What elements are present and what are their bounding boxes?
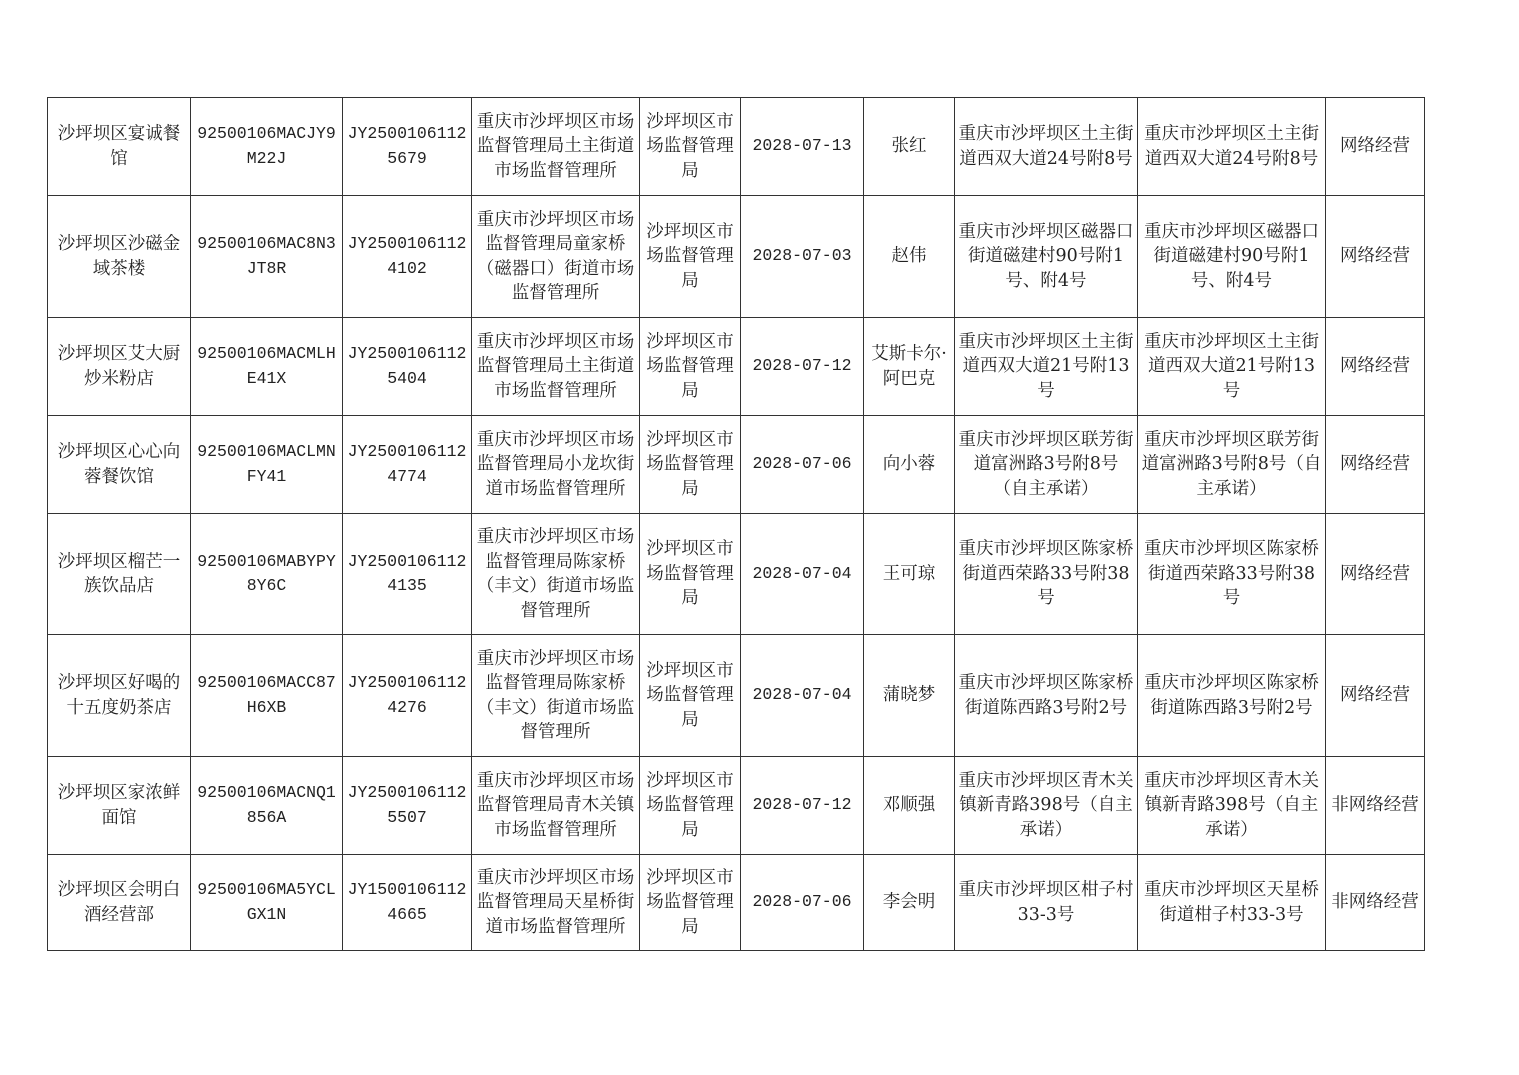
license-number-cell: JY25001061125404 xyxy=(343,318,472,416)
food-license-table: 沙坪坝区宴诚餐馆 92500106MACJY9M22J JY2500106112… xyxy=(47,97,1425,951)
business-name-cell: 沙坪坝区榴芒一族饮品店 xyxy=(48,514,191,635)
operation-mode-cell: 非网络经营 xyxy=(1326,757,1425,855)
daily-supervisor-cell: 重庆市沙坪坝区市场监督管理局陈家桥（丰文）街道市场监督管理所 xyxy=(472,514,640,635)
expiry-date-cell: 2028-07-12 xyxy=(741,757,864,855)
business-name-cell: 沙坪坝区会明白酒经营部 xyxy=(48,855,191,951)
daily-supervisor-cell: 重庆市沙坪坝区市场监督管理局青木关镇市场监督管理所 xyxy=(472,757,640,855)
credit-code-cell: 92500106MACJY9M22J xyxy=(191,98,343,196)
business-address-cell: 重庆市沙坪坝区磁器口街道磁建村90号附1号、附4号 xyxy=(1138,196,1326,318)
expiry-date-cell: 2028-07-13 xyxy=(741,98,864,196)
expiry-date-cell: 2028-07-03 xyxy=(741,196,864,318)
license-number-cell: JY25001061124102 xyxy=(343,196,472,318)
table-row: 沙坪坝区宴诚餐馆 92500106MACJY9M22J JY2500106112… xyxy=(48,98,1425,196)
business-address-cell: 重庆市沙坪坝区陈家桥街道陈西路3号附2号 xyxy=(1138,635,1326,757)
issuing-authority-cell: 沙坪坝区市场监督管理局 xyxy=(640,318,741,416)
issuing-authority-cell: 沙坪坝区市场监督管理局 xyxy=(640,98,741,196)
residence-cell: 重庆市沙坪坝区柑子村33-3号 xyxy=(955,855,1138,951)
residence-cell: 重庆市沙坪坝区陈家桥街道西荣路33号附38号 xyxy=(955,514,1138,635)
business-address-cell: 重庆市沙坪坝区青木关镇新青路398号（自主承诺） xyxy=(1138,757,1326,855)
operation-mode-cell: 网络经营 xyxy=(1326,635,1425,757)
residence-cell: 重庆市沙坪坝区磁器口街道磁建村90号附1号、附4号 xyxy=(955,196,1138,318)
residence-cell: 重庆市沙坪坝区土主街道西双大道24号附8号 xyxy=(955,98,1138,196)
expiry-date-cell: 2028-07-04 xyxy=(741,514,864,635)
table-row: 沙坪坝区榴芒一族饮品店 92500106MABYPY8Y6C JY2500106… xyxy=(48,514,1425,635)
operation-mode-cell: 网络经营 xyxy=(1326,98,1425,196)
business-name-cell: 沙坪坝区宴诚餐馆 xyxy=(48,98,191,196)
business-name-cell: 沙坪坝区艾大厨炒米粉店 xyxy=(48,318,191,416)
credit-code-cell: 92500106MACMLHE41X xyxy=(191,318,343,416)
business-name-cell: 沙坪坝区心心向蓉餐饮馆 xyxy=(48,416,191,514)
operation-mode-cell: 网络经营 xyxy=(1326,514,1425,635)
expiry-date-cell: 2028-07-06 xyxy=(741,855,864,951)
table-row: 沙坪坝区沙磁金域茶楼 92500106MAC8N3JT8R JY25001061… xyxy=(48,196,1425,318)
daily-supervisor-cell: 重庆市沙坪坝区市场监督管理局天星桥街道市场监督管理所 xyxy=(472,855,640,951)
credit-code-cell: 92500106MAC8N3JT8R xyxy=(191,196,343,318)
residence-cell: 重庆市沙坪坝区土主街道西双大道21号附13号 xyxy=(955,318,1138,416)
business-name-cell: 沙坪坝区家浓鲜面馆 xyxy=(48,757,191,855)
issuing-authority-cell: 沙坪坝区市场监督管理局 xyxy=(640,196,741,318)
expiry-date-cell: 2028-07-04 xyxy=(741,635,864,757)
issuing-authority-cell: 沙坪坝区市场监督管理局 xyxy=(640,635,741,757)
business-address-cell: 重庆市沙坪坝区陈家桥街道西荣路33号附38号 xyxy=(1138,514,1326,635)
license-number-cell: JY15001061124665 xyxy=(343,855,472,951)
business-name-cell: 沙坪坝区沙磁金域茶楼 xyxy=(48,196,191,318)
business-address-cell: 重庆市沙坪坝区联芳街道富洲路3号附8号（自主承诺） xyxy=(1138,416,1326,514)
daily-supervisor-cell: 重庆市沙坪坝区市场监督管理局陈家桥（丰文）街道市场监督管理所 xyxy=(472,635,640,757)
table-row: 沙坪坝区心心向蓉餐饮馆 92500106MACLMNFY41 JY2500106… xyxy=(48,416,1425,514)
license-number-cell: JY25001061124135 xyxy=(343,514,472,635)
operation-mode-cell: 网络经营 xyxy=(1326,196,1425,318)
business-address-cell: 重庆市沙坪坝区土主街道西双大道21号附13号 xyxy=(1138,318,1326,416)
legal-person-cell: 张红 xyxy=(864,98,955,196)
legal-person-cell: 王可琼 xyxy=(864,514,955,635)
operation-mode-cell: 非网络经营 xyxy=(1326,855,1425,951)
expiry-date-cell: 2028-07-12 xyxy=(741,318,864,416)
issuing-authority-cell: 沙坪坝区市场监督管理局 xyxy=(640,855,741,951)
credit-code-cell: 92500106MACNQ1856A xyxy=(191,757,343,855)
table-row: 沙坪坝区家浓鲜面馆 92500106MACNQ1856A JY250010611… xyxy=(48,757,1425,855)
issuing-authority-cell: 沙坪坝区市场监督管理局 xyxy=(640,416,741,514)
license-number-cell: JY25001061125507 xyxy=(343,757,472,855)
business-address-cell: 重庆市沙坪坝区天星桥街道柑子村33-3号 xyxy=(1138,855,1326,951)
residence-cell: 重庆市沙坪坝区陈家桥街道陈西路3号附2号 xyxy=(955,635,1138,757)
daily-supervisor-cell: 重庆市沙坪坝区市场监督管理局土主街道市场监督管理所 xyxy=(472,318,640,416)
operation-mode-cell: 网络经营 xyxy=(1326,318,1425,416)
table-row: 沙坪坝区会明白酒经营部 92500106MA5YCLGX1N JY1500106… xyxy=(48,855,1425,951)
daily-supervisor-cell: 重庆市沙坪坝区市场监督管理局土主街道市场监督管理所 xyxy=(472,98,640,196)
daily-supervisor-cell: 重庆市沙坪坝区市场监督管理局小龙坎街道市场监督管理所 xyxy=(472,416,640,514)
legal-person-cell: 向小蓉 xyxy=(864,416,955,514)
operation-mode-cell: 网络经营 xyxy=(1326,416,1425,514)
residence-cell: 重庆市沙坪坝区联芳街道富洲路3号附8号（自主承诺） xyxy=(955,416,1138,514)
credit-code-cell: 92500106MABYPY8Y6C xyxy=(191,514,343,635)
credit-code-cell: 92500106MACC87H6XB xyxy=(191,635,343,757)
credit-code-cell: 92500106MACLMNFY41 xyxy=(191,416,343,514)
license-number-cell: JY25001061125679 xyxy=(343,98,472,196)
business-name-cell: 沙坪坝区好喝的十五度奶茶店 xyxy=(48,635,191,757)
table-row: 沙坪坝区好喝的十五度奶茶店 92500106MACC87H6XB JY25001… xyxy=(48,635,1425,757)
legal-person-cell: 艾斯卡尔·阿巴克 xyxy=(864,318,955,416)
legal-person-cell: 赵伟 xyxy=(864,196,955,318)
credit-code-cell: 92500106MA5YCLGX1N xyxy=(191,855,343,951)
issuing-authority-cell: 沙坪坝区市场监督管理局 xyxy=(640,514,741,635)
business-address-cell: 重庆市沙坪坝区土主街道西双大道24号附8号 xyxy=(1138,98,1326,196)
license-number-cell: JY25001061124774 xyxy=(343,416,472,514)
license-number-cell: JY25001061124276 xyxy=(343,635,472,757)
legal-person-cell: 邓顺强 xyxy=(864,757,955,855)
table-row: 沙坪坝区艾大厨炒米粉店 92500106MACMLHE41X JY2500106… xyxy=(48,318,1425,416)
legal-person-cell: 李会明 xyxy=(864,855,955,951)
residence-cell: 重庆市沙坪坝区青木关镇新青路398号（自主承诺） xyxy=(955,757,1138,855)
issuing-authority-cell: 沙坪坝区市场监督管理局 xyxy=(640,757,741,855)
legal-person-cell: 蒲晓梦 xyxy=(864,635,955,757)
daily-supervisor-cell: 重庆市沙坪坝区市场监督管理局童家桥（磁器口）街道市场监督管理所 xyxy=(472,196,640,318)
expiry-date-cell: 2028-07-06 xyxy=(741,416,864,514)
